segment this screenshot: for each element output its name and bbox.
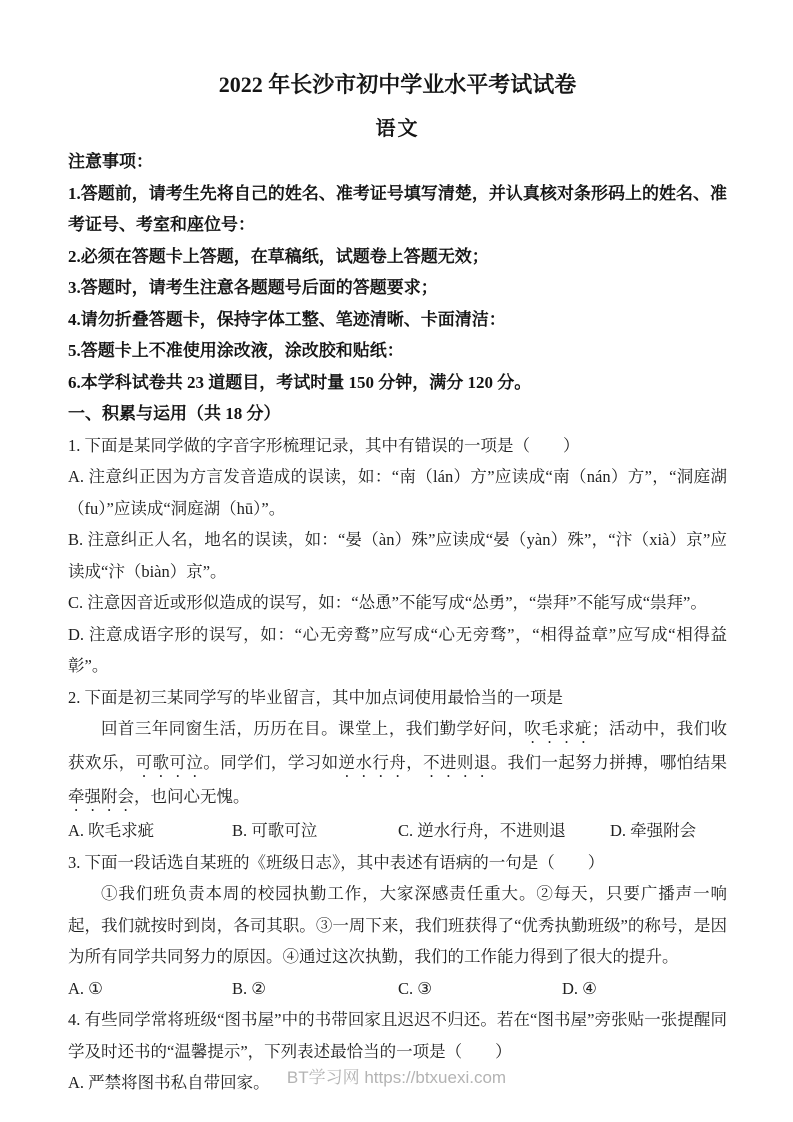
question-stem: 2. 下面是初三某同学写的毕业留言，其中加点词使用最恰当的一项是	[68, 682, 727, 714]
question-stem: 3. 下面一段话选自某班的《班级日志》，其中表述有语病的一句是（ ）	[68, 847, 727, 879]
exam-paper-page: 2022 年长沙市初中学业水平考试试卷 语文 注意事项： 1.答题前，请考生先将…	[0, 0, 793, 1122]
option-b: B. 注意纠正人名，地名的误读，如：“晏（àn）殊”应读成“晏（yàn）殊”，“…	[68, 524, 727, 587]
option-c: C. 注意因音近或形似造成的误写，如：“怂恿”不能写成“怂勇”，“崇拜”不能写成…	[68, 587, 727, 619]
page-content: 2022 年长沙市初中学业水平考试试卷 语文 注意事项： 1.答题前，请考生先将…	[0, 0, 793, 1099]
option-b: B. ②	[232, 973, 398, 1005]
option-b: B. 可歌可泣	[232, 815, 398, 847]
option-d: D. 注意成语字形的误写，如：“心无旁鹜”应写成“心无旁骛”，“相得益章”应写成…	[68, 619, 727, 682]
notice-item: 5.答题卡上不准使用涂改液，涂改胶和贴纸：	[68, 335, 727, 367]
exam-title: 2022 年长沙市初中学业水平考试试卷	[68, 68, 727, 102]
option-c: C. 逆水行舟，不进则退	[398, 815, 610, 847]
passage-segment: 逆水行舟	[339, 753, 407, 772]
question-3: 3. 下面一段话选自某班的《班级日志》，其中表述有语病的一句是（ ） ①我们班负…	[68, 847, 727, 1005]
question-2: 2. 下面是初三某同学写的毕业留言，其中加点词使用最恰当的一项是 回首三年同窗生…	[68, 682, 727, 847]
notice-item: 6.本学科试卷共 23 道题目，考试时量 150 分钟，满分 120 分。	[68, 367, 727, 399]
passage-segment: 牵强附会	[68, 787, 134, 806]
notice-item: 3.答题时，请考生注意各题题号后面的答题要求；	[68, 272, 727, 304]
options-row: A. ① B. ② C. ③ D. ④	[68, 973, 727, 1005]
passage-segment: 。我们一起努力拼搏，哪怕结果	[491, 753, 727, 772]
notice-item: 4.请勿折叠答题卡，保持字体工整、笔迹清晰、卡面清洁：	[68, 304, 727, 336]
passage-segment: 吹毛求疵	[524, 719, 592, 738]
option-d: D. 牵强附会	[610, 815, 727, 847]
option-a: A. 吹毛求疵	[68, 815, 232, 847]
option-a: A. ①	[68, 973, 232, 1005]
notice-section: 注意事项： 1.答题前，请考生先将自己的姓名、准考证号填写清楚，并认真核对条形码…	[68, 146, 727, 398]
notice-item: 1.答题前，请考生先将自己的姓名、准考证号填写清楚，并认真核对条形码上的姓名、准…	[68, 178, 727, 241]
notice-item: 2.必须在答题卡上答题，在草稿纸，试题卷上答题无效；	[68, 241, 727, 273]
question-stem: 1. 下面是某同学做的字音字形梳理记录，其中有错误的一项是（ ）	[68, 430, 727, 462]
passage-segment: ，也问心无愧。	[134, 787, 250, 806]
exam-subject: 语文	[68, 112, 727, 146]
option-c: C. ③	[398, 973, 562, 1005]
question-passage: 回首三年同窗生活，历历在目。课堂上，我们勤学好问，吹毛求疵；活动中，我们收获欢乐…	[68, 713, 727, 815]
notice-heading: 注意事项：	[68, 146, 727, 178]
question-1: 1. 下面是某同学做的字音字形梳理记录，其中有错误的一项是（ ） A. 注意纠正…	[68, 430, 727, 682]
section-heading: 一、积累与运用（共 18 分）	[68, 398, 727, 430]
passage-segment: 不进则退	[423, 753, 491, 772]
passage-segment: ，	[406, 753, 423, 772]
passage-segment: 可歌可泣	[136, 753, 204, 772]
option-a: A. 注意纠正因为方言发音造成的误读，如：“南（lán）方”应读成“南（nán）…	[68, 461, 727, 524]
passage-segment: 。同学们，学习如	[203, 753, 338, 772]
question-passage: ①我们班负责本周的校园执勤工作，大家深感责任重大。②每天，只要广播声一响起，我们…	[68, 878, 727, 973]
option-d: D. ④	[562, 973, 727, 1005]
question-stem: 4. 有些同学常将班级“图书屋”中的书带回家且迟迟不归还。若在“图书屋”旁张贴一…	[68, 1004, 727, 1067]
options-row: A. 吹毛求疵 B. 可歌可泣 C. 逆水行舟，不进则退 D. 牵强附会	[68, 815, 727, 847]
passage-segment: 回首三年同窗生活，历历在目。课堂上，我们勤学好问，	[101, 719, 524, 738]
watermark-text: BT学习网 https://btxuexi.com	[0, 1062, 793, 1094]
